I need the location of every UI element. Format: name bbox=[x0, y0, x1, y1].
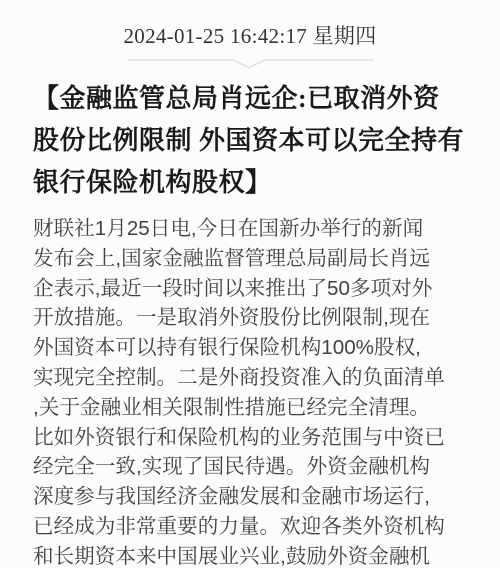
article-headline: 【金融监管总局肖远企:已取消外资 股份比例限制 外国资本可以完全持有 银行保险机… bbox=[33, 78, 467, 204]
body-line: 财联社1月25日电,今日在国新办举行的新闻 bbox=[33, 214, 467, 244]
body-line: 比如外资银行和保险机构的业务范围与中资已 bbox=[33, 423, 467, 453]
headline-line: 银行保险机构股权】 bbox=[33, 162, 467, 204]
article-body: 财联社1月25日电,今日在国新办举行的新闻 发布会上,国家金融监督管理总局副局长… bbox=[33, 214, 467, 568]
section-divider-notch bbox=[127, 58, 374, 70]
body-line: 外国资本可以持有银行保险机构100%股权, bbox=[33, 333, 467, 363]
body-line: 经完全一致,实现了国民待遇。外资金融机构 bbox=[33, 452, 467, 482]
headline-line: 股份比例限制 外国资本可以完全持有 bbox=[33, 120, 467, 162]
body-line: 企表示,最近一段时间以来推出了50多项对外 bbox=[33, 274, 467, 304]
timestamp-header: 2024-01-25 16:42:17 星期四 bbox=[0, 0, 500, 47]
body-line: 和长期资本来中国展业兴业,鼓励外资金融机 bbox=[33, 542, 467, 568]
body-line: 开放措施。一是取消外资股份比例限制,现在 bbox=[33, 303, 467, 333]
body-line: 深度参与我国经济金融发展和金融市场运行, bbox=[33, 482, 467, 512]
body-line: 实现完全控制。二是外商投资准入的负面清单 bbox=[33, 363, 467, 393]
body-line: 已经成为非常重要的力量。欢迎各类外资机构 bbox=[33, 512, 467, 542]
body-line: 发布会上,国家金融监督管理总局副局长肖远 bbox=[33, 244, 467, 274]
body-line: ,关于金融业相关限制性措施已经完全清理。 bbox=[33, 393, 467, 423]
headline-line: 【金融监管总局肖远企:已取消外资 bbox=[33, 78, 467, 120]
article-page: 2024-01-25 16:42:17 星期四 【金融监管总局肖远企:已取消外资… bbox=[0, 0, 500, 568]
